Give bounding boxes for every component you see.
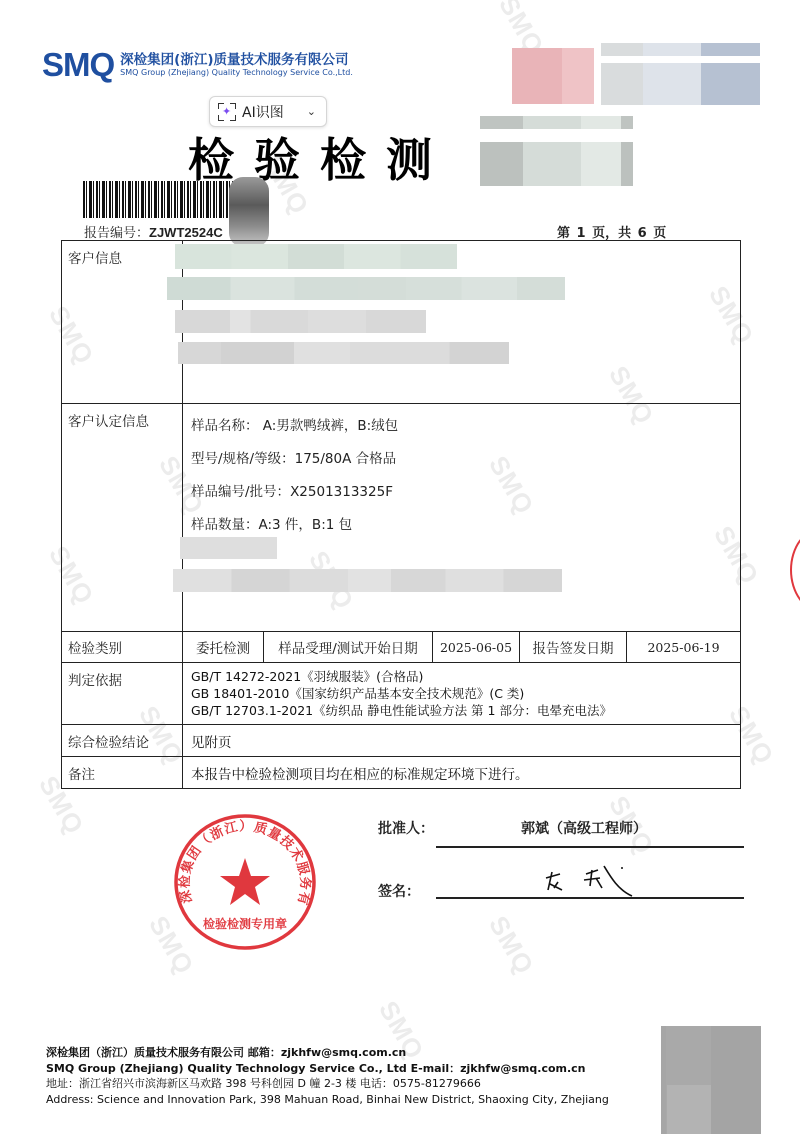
redacted-block [512,48,562,104]
report-number: 报告编号：ZJWT2524C [84,222,223,241]
official-seal: 深检集团（浙江）质量技术服务有限公司 检验检测专用章 [170,810,320,955]
conclusion-value: 见附页 [183,725,741,757]
inspection-type-label: 检验类别 [62,632,183,663]
redacted-block [643,63,701,105]
footer-english-line: SMQ Group (Zhejiang) Quality Technology … [46,1061,609,1077]
redacted-block [581,116,621,129]
footer-company-line: 深检集团（浙江）质量技术服务有限公司 邮箱：zjkhfw@smq.com.cn [46,1045,609,1061]
redacted-client-line [175,244,457,269]
redacted-block [621,142,633,186]
sample-line: 型号/规格/等级：175/80A 合格品 [191,443,740,476]
handwritten-signature [540,860,640,902]
redacted-block [229,177,269,247]
barcode [83,181,233,218]
sparkle-scan-icon: ✦ [218,103,236,121]
company-name-en: SMQ Group (Zhejiang) Quality Technology … [120,68,353,78]
remarks-label: 备注 [62,757,183,789]
redacted-client-line [167,277,565,300]
company-logo: SMQ 深检集团(浙江)质量技术服务有限公司 SMQ Group (Zhejia… [42,48,353,81]
redacted-client-line [178,342,509,364]
watermark: SMQ [482,911,540,980]
footer: 深检集团（浙江）质量技术服务有限公司 邮箱：zjkhfw@smq.com.cn … [46,1045,609,1107]
redacted-client-line [175,310,426,333]
page-info: 第 1 页，共 6 页 [557,222,666,241]
seal-inner-text: 检验检测专用章 [203,916,287,931]
ai-recognize-button[interactable]: ✦ AI识图 ⌄ [209,96,327,127]
footer-address-en: Address: Science and Innovation Park, 39… [46,1092,609,1108]
redacted-block [523,142,581,186]
inspection-type-value: 委托检测 [183,632,264,662]
redacted-block [601,63,643,105]
chevron-down-icon[interactable]: ⌄ [307,105,316,118]
redacted-block [480,142,523,186]
sample-line: 样品名称： A:男款鸭绒裤，B:绒包 [191,410,740,443]
logo-mark: SMQ [42,48,114,81]
remarks-value: 本报告中检验检测项目均在相应的标准规定环境下进行。 [183,757,741,789]
approver-label: 批准人： [378,818,434,838]
signature-underline [436,897,744,899]
footer-address-cn: 地址：浙江省绍兴市滨海新区马欢路 398 号科创园 D 幢 2-3 楼 电话：0… [46,1076,609,1092]
redacted-block [480,116,523,129]
redacted-block [562,48,594,104]
redacted-block [601,43,643,56]
approver-underline [436,846,744,848]
basis-cell: GB/T 14272-2021《羽绒服装》(合格品) GB 18401-2010… [183,663,741,725]
redacted-sample-line [180,537,277,559]
redacted-block [581,142,621,186]
redacted-block [643,43,701,56]
report-number-value: ZJWT2524C [149,225,223,240]
redacted-block [701,63,760,105]
redacted-qr-code [667,1085,711,1134]
basis-standard: GB/T 12703.1-2021《纺织品 静电性能试验方法 第 1 部分：电晕… [191,702,740,719]
report-number-label: 报告编号： [84,226,149,241]
issue-date-label: 报告签发日期 [520,632,627,662]
basis-label: 判定依据 [62,663,183,725]
client-confirmed-label: 客户认定信息 [62,404,183,632]
client-confirmed-cell: 样品名称： A:男款鸭绒裤，B:绒包 型号/规格/等级：175/80A 合格品 … [183,404,741,632]
basis-standard: GB 18401-2010《国家纺织产品基本安全技术规范》(C 类) [191,685,740,702]
conclusion-label: 综合检验结论 [62,725,183,757]
issue-date-value: 2025-06-19 [627,632,741,662]
approver-name: 郭斌（高级工程师） [521,818,647,838]
client-info-label: 客户信息 [62,241,183,404]
redacted-sample-line [173,569,562,592]
redacted-block [621,116,633,129]
redacted-block [701,43,760,56]
company-name-cn: 深检集团(浙江)质量技术服务有限公司 [120,52,353,68]
sample-line: 样品编号/批号：X2501313325F [191,476,740,509]
sign-label: 签名： [378,881,420,901]
basis-standard: GB/T 14272-2021《羽绒服装》(合格品) [191,668,740,685]
receipt-date-value: 2025-06-05 [433,632,520,662]
ai-recognize-label: AI识图 [242,102,284,122]
partial-seal-edge [790,528,800,612]
redacted-block [523,116,581,129]
receipt-date-label: 样品受理/测试开始日期 [264,632,433,662]
